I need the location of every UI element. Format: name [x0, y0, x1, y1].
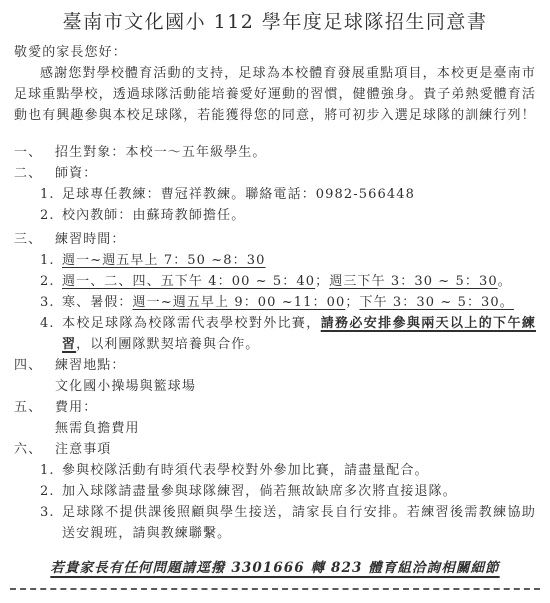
- section-number: 四、: [14, 355, 55, 376]
- contact-note-text: 若貴家長有任何問題請逕撥 3301666 轉 823 體育組洽詢相關細節: [50, 560, 499, 576]
- section-recruit-target: 一、 招生對象：本校一～五年級學生。: [14, 142, 536, 163]
- practice-time-item-1: 1. 週一~週五早上 7：50 ~8：30: [40, 250, 536, 271]
- team-participation-requirement: 本校足球隊為校隊需代表學校對外比賽，請務必安排參與兩天以上的下午練習，以利團隊默…: [62, 313, 536, 355]
- afternoon-schedule: 週一、二、四、五下午 4：00 ~ 5：40；週三下午 3：30 ~ 5：30。: [62, 271, 536, 292]
- section-number: 六、: [14, 439, 55, 460]
- intro-paragraph: 感謝您對學校體育活動的支持，足球為本校體育發展重點項目，本校更是臺南市足球重點學…: [14, 63, 536, 126]
- section-teachers-label: 師資：: [55, 163, 536, 184]
- cut-dashed-line: [10, 588, 540, 590]
- vacation-schedule: 寒、暑假：週一~週五早上 9：00 ~11：00；下午 3：30 ~ 5：30。: [62, 292, 536, 313]
- section-location: 四、 練習地點：: [14, 355, 536, 376]
- item-number: 2.: [40, 481, 62, 502]
- location-text: 文化國小操場與籃球場: [55, 376, 536, 397]
- item-number: 1.: [40, 184, 62, 205]
- teachers-item-school-teacher: 2. 校內教師：由蘇琦教師擔任。: [40, 205, 536, 226]
- separator: ；: [315, 274, 329, 289]
- notes-item-3: 3. 足球隊不提供課後照顧與學生接送，請家長自行安排。若練習後需教練協助送安親班…: [40, 502, 536, 544]
- requirement-prefix: 本校足球隊為校隊需代表學校對外比賽，: [62, 316, 321, 331]
- practice-time-item-4: 4. 本校足球隊為校隊需代表學校對外比賽，請務必安排參與兩天以上的下午練習，以利…: [40, 313, 536, 355]
- section-number: 一、: [14, 142, 55, 163]
- section-practice-time-label: 練習時間：: [55, 229, 536, 250]
- period-mark: 。: [498, 274, 512, 289]
- document-title: 臺南市文化國小 112 學年度足球隊招生同意書: [14, 8, 536, 36]
- item-number: 1.: [40, 460, 62, 481]
- item-number: 4.: [40, 313, 62, 334]
- item-number: 3.: [40, 502, 62, 523]
- coach-info-text: 足球專任教練：曹冠祥教練。聯絡電話：0982-566448: [62, 184, 536, 205]
- section-fee: 五、 費用：: [14, 397, 536, 418]
- fee-text: 無需負擔費用: [55, 418, 536, 439]
- footer-contact-note: 若貴家長有任何問題請逕撥 3301666 轉 823 體育組洽詢相關細節: [14, 558, 536, 579]
- school-teacher-text: 校內教師：由蘇琦教師擔任。: [62, 205, 536, 226]
- weekday-morning-schedule: 週一~週五早上 7：50 ~8：30: [62, 250, 536, 271]
- section-number: 三、: [14, 229, 55, 250]
- section-location-label: 練習地點：: [55, 355, 536, 376]
- item-number: 2.: [40, 271, 62, 292]
- section-notes-label: 注意事項: [55, 439, 536, 460]
- note-competition-text: 參與校隊活動有時須代表學校對外參加比賽，請盡量配合。: [62, 460, 536, 481]
- separator: ；: [345, 295, 359, 310]
- note-attendance-text: 加入球隊請盡量參與球隊練習，倘若無故缺席多次將直接退隊。: [62, 481, 536, 502]
- greeting-line: 敬愛的家長您好：: [14, 42, 536, 63]
- vacation-prefix: 寒、暑假：: [62, 295, 133, 310]
- note-pickup-text: 足球隊不提供課後照顧與學生接送，請家長自行安排。若練習後需教練協助送安親班，請與…: [62, 502, 536, 544]
- notes-item-2: 2. 加入球隊請盡量參與球隊練習，倘若無故缺席多次將直接退隊。: [40, 481, 536, 502]
- teachers-item-coach: 1. 足球專任教練：曹冠祥教練。聯絡電話：0982-566448: [40, 184, 536, 205]
- section-recruit-text: 招生對象：本校一～五年級學生。: [55, 142, 536, 163]
- requirement-suffix: ，以利團隊默契培養與合作。: [76, 337, 259, 352]
- consent-form-document: 臺南市文化國小 112 學年度足球隊招生同意書 敬愛的家長您好： 感謝您對學校體…: [0, 0, 550, 603]
- section-fee-label: 費用：: [55, 397, 536, 418]
- item-number: 3.: [40, 292, 62, 313]
- section-practice-time: 三、 練習時間：: [14, 229, 536, 250]
- item-number: 1.: [40, 250, 62, 271]
- section-teachers: 二、 師資：: [14, 163, 536, 184]
- underlined-schedule-text: 週一~週五早上 7：50 ~8：30: [62, 253, 265, 268]
- section-number: 五、: [14, 397, 55, 418]
- practice-time-item-2: 2. 週一、二、四、五下午 4：00 ~ 5：40；週三下午 3：30 ~ 5：…: [40, 271, 536, 292]
- underlined-schedule-text: 週一~週五早上 9：00 ~11：00: [133, 295, 346, 310]
- section-notes: 六、 注意事項: [14, 439, 536, 460]
- underlined-schedule-text: 週三下午 3：30 ~ 5：30: [329, 274, 498, 289]
- underlined-schedule-text: 下午 3：30 ~ 5：30。: [359, 295, 513, 310]
- notes-item-1: 1. 參與校隊活動有時須代表學校對外參加比賽，請盡量配合。: [40, 460, 536, 481]
- section-number: 二、: [14, 163, 55, 184]
- underlined-schedule-text: 週一、二、四、五下午 4：00 ~ 5：40: [62, 274, 315, 289]
- item-number: 2.: [40, 205, 62, 226]
- practice-time-item-3: 3. 寒、暑假：週一~週五早上 9：00 ~11：00；下午 3：30 ~ 5：…: [40, 292, 536, 313]
